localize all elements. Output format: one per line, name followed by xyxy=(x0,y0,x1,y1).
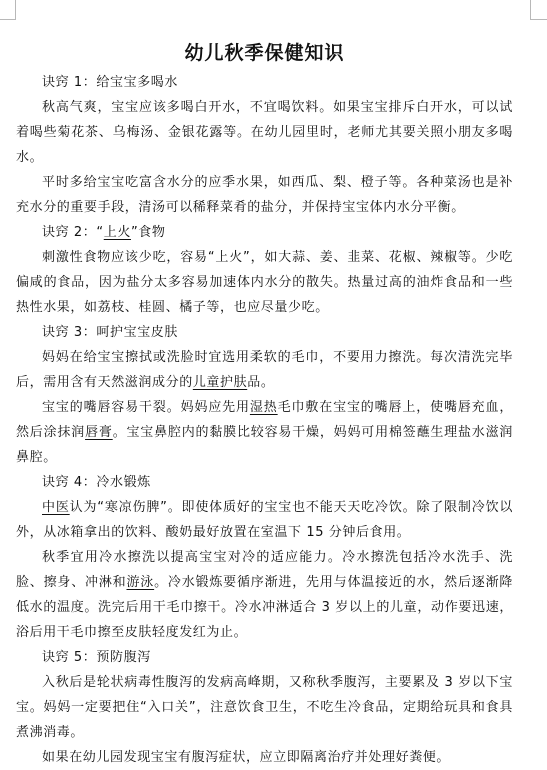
section-4-paragraph: 秋季宜用冷水擦洗以提高宝宝对冷的适应能力。冷水擦洗包括冷水洗手、洗脸、擦身、冲淋… xyxy=(16,545,513,645)
page-corner-mark-top-left xyxy=(0,0,16,20)
text-run: 刺激性食物应该少吃，容易“上火”，如大蒜、姜、韭菜、花椒、辣椒等。少吃偏咸的食品… xyxy=(16,250,513,315)
text-run: 品。 xyxy=(247,375,274,390)
section-heading-5: 诀窍 5：预防腹泻 xyxy=(16,645,513,670)
document-body: 诀窍 1：给宝宝多喝水秋高气爽，宝宝应该多喝白开水，不宜喝饮料。如果宝宝排斥白开… xyxy=(16,70,513,770)
section-5-paragraph: 入秋后是轮状病毒性腹泻的发病高峰期，又称秋季腹泻，主要累及 3 岁以下宝宝。妈妈… xyxy=(16,670,513,745)
section-3-paragraph: 妈妈在给宝宝擦拭或洗脸时宜选用柔软的毛巾，不要用力擦洗。每次清洗完毕后，需用含有… xyxy=(16,345,513,395)
text-run: 平时多给宝宝吃富含水分的应季水果，如西瓜、梨、橙子等。各种菜汤也是补充水分的重要… xyxy=(16,175,513,215)
section-5-paragraph: 如果在幼儿园发现宝宝有腹泻症状，应立即隔离治疗并处理好粪便。 xyxy=(16,745,513,770)
section-heading-2: 诀窍 2：“上火”食物 xyxy=(16,220,513,245)
underlined-term: 游泳 xyxy=(127,575,155,590)
underlined-term: 儿童护肤 xyxy=(193,375,247,390)
underlined-term: 中医 xyxy=(42,500,70,515)
text-run: 如果在幼儿园发现宝宝有腹泻症状，应立即隔离治疗并处理好粪便。 xyxy=(42,750,450,765)
text-run: 入秋后是轮状病毒性腹泻的发病高峰期，又称秋季腹泻，主要累及 3 岁以下宝宝。妈妈… xyxy=(16,675,513,740)
underlined-term: 上火 xyxy=(104,225,131,240)
text-run: 秋高气爽，宝宝应该多喝白开水，不宜喝饮料。如果宝宝排斥白开水，可以试着喝些菊花茶… xyxy=(16,100,513,165)
text-run: ”食物 xyxy=(131,225,166,240)
document-page: 幼儿秋季保健知识 诀窍 1：给宝宝多喝水秋高气爽，宝宝应该多喝白开水，不宜喝饮料… xyxy=(16,38,513,770)
text-run: 宝宝的嘴唇容易干裂。妈妈应先用 xyxy=(42,400,250,415)
text-run: 认为“寒凉伤脾”。即使体质好的宝宝也不能天天吃冷饮。除了限制冷饮以外，从冰箱拿出… xyxy=(16,500,513,540)
text-run: 诀窍 2：“ xyxy=(42,225,104,240)
section-2-paragraph: 刺激性食物应该少吃，容易“上火”，如大蒜、姜、韭菜、花椒、辣椒等。少吃偏咸的食品… xyxy=(16,245,513,320)
page-corner-mark-top-right xyxy=(530,0,547,20)
document-title: 幼儿秋季保健知识 xyxy=(16,38,513,70)
section-3-paragraph: 宝宝的嘴唇容易干裂。妈妈应先用湿热毛巾敷在宝宝的嘴唇上，使嘴唇充血，然后涂抹润唇… xyxy=(16,395,513,470)
section-heading-3: 诀窍 3：呵护宝宝皮肤 xyxy=(16,320,513,345)
section-1-paragraph: 秋高气爽，宝宝应该多喝白开水，不宜喝饮料。如果宝宝排斥白开水，可以试着喝些菊花茶… xyxy=(16,95,513,170)
underlined-term: 湿热 xyxy=(250,400,278,415)
underlined-term: 唇膏 xyxy=(85,425,113,440)
section-heading-4: 诀窍 4：冷水锻炼 xyxy=(16,470,513,495)
section-4-paragraph: 中医认为“寒凉伤脾”。即使体质好的宝宝也不能天天吃冷饮。除了限制冷饮以外，从冰箱… xyxy=(16,495,513,545)
section-1-paragraph: 平时多给宝宝吃富含水分的应季水果，如西瓜、梨、橙子等。各种菜汤也是补充水分的重要… xyxy=(16,170,513,220)
section-heading-1: 诀窍 1：给宝宝多喝水 xyxy=(16,70,513,95)
